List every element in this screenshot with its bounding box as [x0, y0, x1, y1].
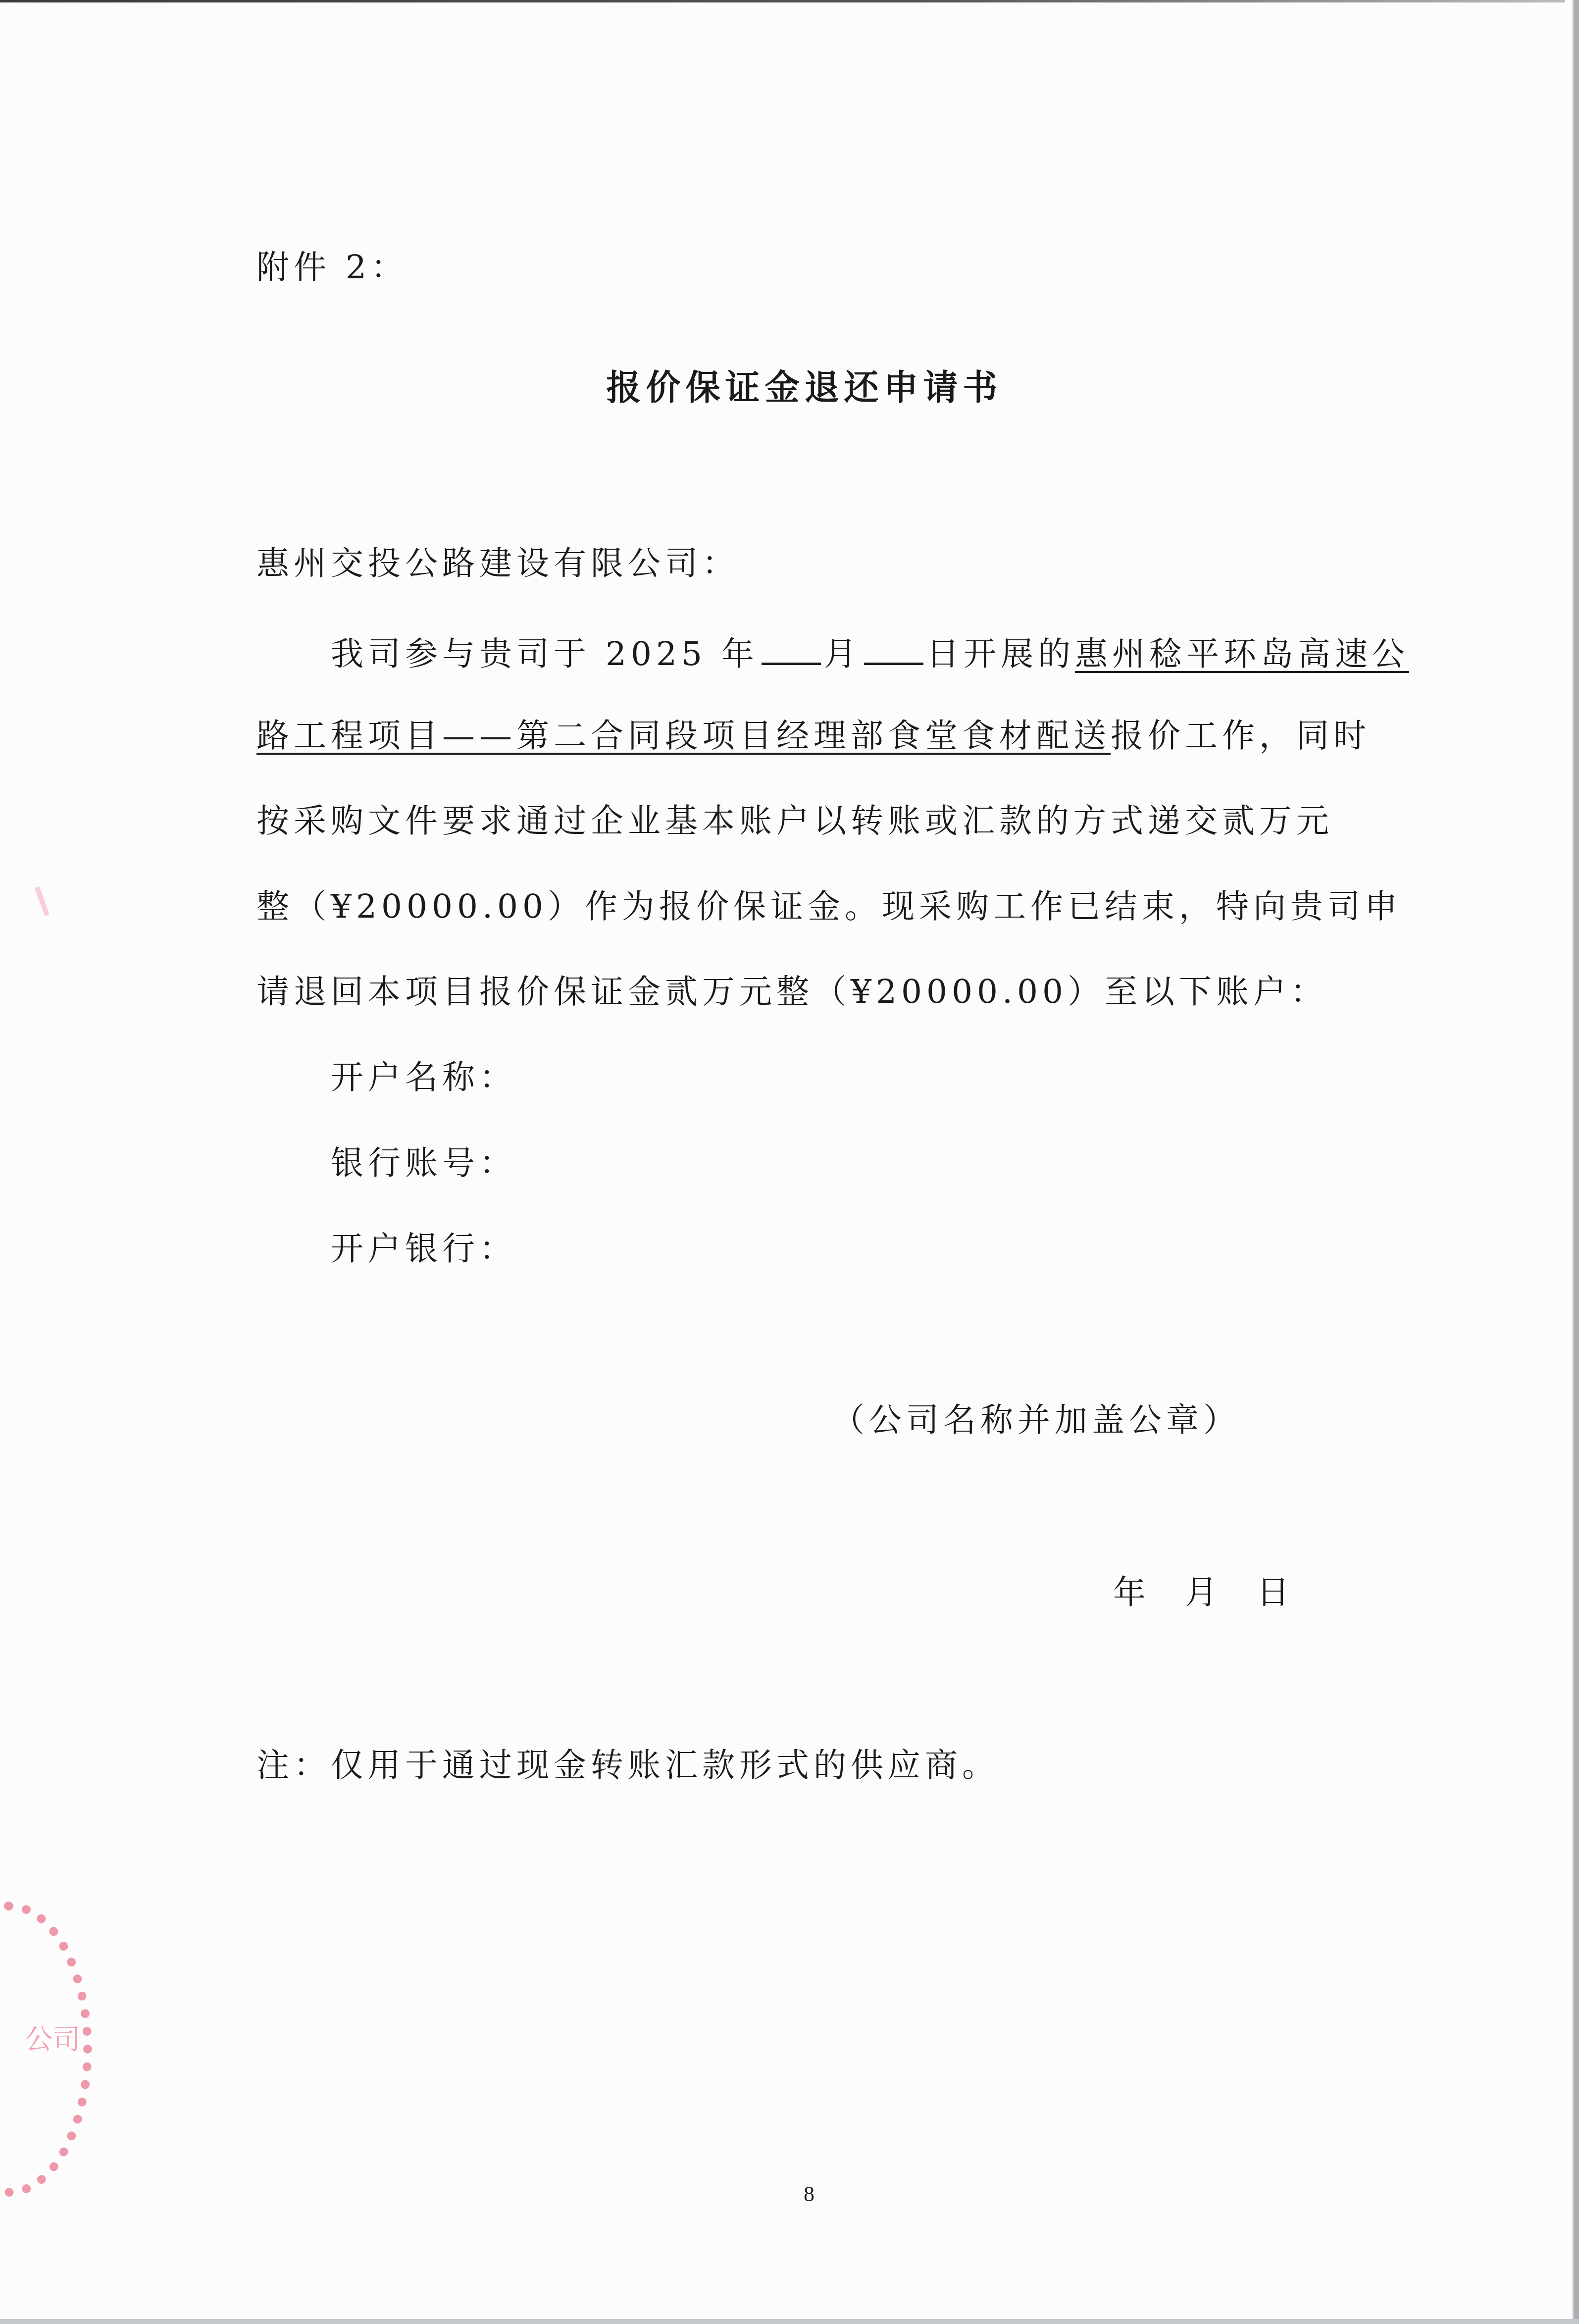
body-line-1-prefix: 我司参与贵司于 2025 年 — [331, 635, 759, 673]
addressee: 惠州交投公路建设有限公司： — [256, 547, 739, 580]
bank-account-number-label: 银行账号： — [331, 1144, 516, 1182]
document-title: 报价保证金退还申请书 — [0, 370, 1579, 405]
body-line-3: 按采购文件要求通过企业基本账户以转账或汇款的方式递交贰万元 — [256, 805, 1333, 837]
red-seal-stamp-text: 公司 — [25, 2020, 80, 2059]
date-day: 日 — [1257, 1573, 1294, 1611]
scan-top-edge — [0, 0, 1565, 2]
body-line-2-suffix: 报价工作，同时 — [1111, 717, 1371, 755]
signature-date: 年月日 — [1113, 1576, 1294, 1609]
project-name-part-2: 路工程项目——第二合同段项目经理部食堂食材配送 — [256, 717, 1111, 755]
attachment-label: 附件 2： — [256, 251, 408, 284]
scan-right-edge — [1572, 0, 1579, 2324]
day-blank — [864, 634, 923, 665]
account-name-field: 开户名称： — [331, 1061, 516, 1094]
bank-account-number-field: 银行账号： — [331, 1147, 516, 1180]
account-name-label: 开户名称： — [331, 1058, 516, 1096]
body-line-5: 请退回本项目报价保证金贰万元整（¥20000.00）至以下账户： — [256, 976, 1327, 1008]
seal-bleed-trace — [35, 886, 50, 916]
day-suffix: 日开展的 — [926, 635, 1075, 673]
project-name-part-1: 惠州稔平环岛高速公 — [1075, 635, 1409, 673]
date-month: 月 — [1185, 1573, 1222, 1611]
page-number: 8 — [804, 2181, 815, 2207]
date-year: 年 — [1113, 1573, 1150, 1611]
body-line-2: 路工程项目——第二合同段项目经理部食堂食材配送报价工作，同时 — [256, 720, 1371, 752]
month-blank — [762, 634, 821, 665]
bank-name-label: 开户银行： — [331, 1230, 516, 1268]
company-seal-note: （公司名称并加盖公章） — [832, 1404, 1240, 1437]
scan-bottom-edge — [0, 2319, 1579, 2324]
body-line-1: 我司参与贵司于 2025 年月日开展的惠州稔平环岛高速公 — [331, 634, 1409, 671]
body-line-4: 整（¥20000.00）作为报价保证金。现采购工作已结束，特向贵司申 — [256, 890, 1402, 923]
footnote: 注：仅用于通过现金转账汇款形式的供应商。 — [256, 1749, 999, 1782]
month-label: 月 — [824, 635, 861, 673]
bank-name-field: 开户银行： — [331, 1233, 516, 1265]
